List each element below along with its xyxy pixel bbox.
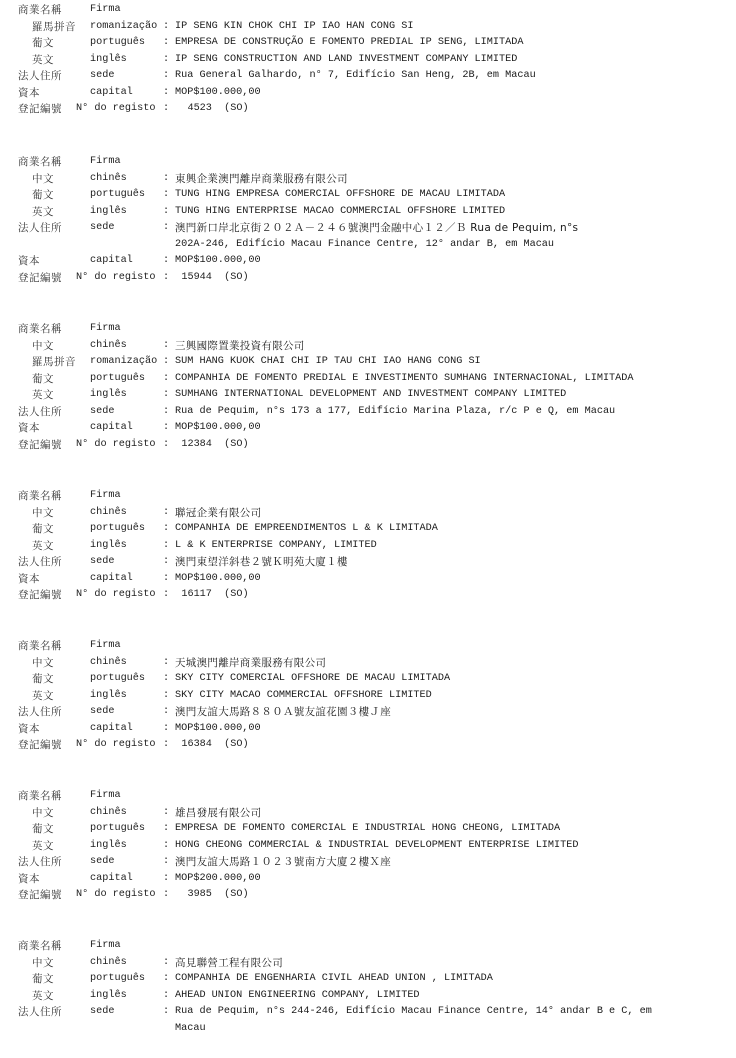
ingles-label-zh: 英文: [32, 52, 54, 69]
capital-label-zh: 資本: [18, 420, 40, 437]
romanizacao-label-pt: romanização: [90, 354, 157, 371]
firma-label-pt: Firma: [90, 788, 121, 805]
colon: :: [163, 19, 169, 36]
chines-label-zh: 中文: [32, 955, 54, 972]
sede-label-pt: sede: [90, 554, 114, 571]
chines-label-zh: 中文: [32, 505, 54, 522]
company-record-3: 商業名稱 Firma 中文 chinês : 三興國際置業投資有限公司 羅馬拼音…: [0, 321, 736, 453]
chines-label-pt: chinês: [90, 171, 127, 188]
colon: :: [163, 805, 169, 822]
portugues-label-pt: português: [90, 821, 145, 838]
company-record-7: 商業名稱 Firma 中文 chinês : 高見聯營工程有限公司 葡文 por…: [0, 938, 736, 1037]
portugues-label-pt: português: [90, 521, 145, 538]
registo-row: 登記編號 N° do registo : 16117 (SO): [0, 587, 736, 604]
ingles-value: AHEAD UNION ENGINEERING COMPANY, LIMITED: [175, 988, 420, 1005]
ingles-row: 英文 inglês : SKY CITY MACAO COMMERCIAL OF…: [0, 688, 736, 705]
romanizacao-row: 羅馬拼音 romanização : SUM HANG KUOK CHAI CH…: [0, 354, 736, 371]
registo-label-zh: 登記編號: [18, 887, 62, 904]
ingles-label-zh: 英文: [32, 538, 54, 555]
sede-label-pt: sede: [90, 220, 114, 237]
sede-value-continued: 202A-246, Edifício Macau Finance Centre,…: [175, 237, 554, 254]
colon: :: [163, 171, 169, 188]
portugues-label-zh: 葡文: [32, 671, 54, 688]
sede-value: 澳門東望洋斜巷２號Ｋ明苑大廈１樓: [175, 554, 348, 571]
firma-heading: 商業名稱 Firma: [0, 154, 736, 171]
capital-value: MOP$100.000,00: [175, 253, 261, 270]
portugues-label-pt: português: [90, 371, 145, 388]
registo-value: : 4523 (SO): [163, 101, 249, 118]
sede-label-pt: sede: [90, 854, 114, 871]
ingles-label-zh: 英文: [32, 204, 54, 221]
capital-label-zh: 資本: [18, 253, 40, 270]
chines-value: 高見聯營工程有限公司: [175, 955, 283, 972]
sede-value: 澳門新口岸北京街２０２Ａ－２４６號澳門金融中心１２／Ｂ Rua de Pequi…: [175, 220, 578, 237]
romanizacao-value: IP SENG KIN CHOK CHI IP IAO HAN CONG SI: [175, 19, 413, 36]
ingles-row: 英文 inglês : L & K ENTERPRISE COMPANY, LI…: [0, 538, 736, 555]
firma-label-pt: Firma: [90, 488, 121, 505]
colon: :: [163, 955, 169, 972]
capital-value: MOP$100.000,00: [175, 571, 261, 588]
firma-label-pt: Firma: [90, 154, 121, 171]
capital-value: MOP$200.000,00: [175, 871, 261, 888]
firma-heading: 商業名稱 Firma: [0, 938, 736, 955]
ingles-row: 英文 inglês : IP SENG CONSTRUCTION AND LAN…: [0, 52, 736, 69]
ingles-value: TUNG HING ENTERPRISE MACAO COMMERCIAL OF…: [175, 204, 505, 221]
portugues-value: COMPANHIA DE ENGENHARIA CIVIL AHEAD UNIO…: [175, 971, 493, 988]
capital-label-zh: 資本: [18, 571, 40, 588]
firma-label-pt: Firma: [90, 938, 121, 955]
capital-row: 資本 capital : MOP$200.000,00: [0, 871, 736, 888]
chines-label-zh: 中文: [32, 338, 54, 355]
portugues-label-pt: português: [90, 35, 145, 52]
capital-label-zh: 資本: [18, 871, 40, 888]
sede-label-pt: sede: [90, 704, 114, 721]
sede-continuation: 202A-246, Edifício Macau Finance Centre,…: [0, 237, 736, 254]
ingles-value: IP SENG CONSTRUCTION AND LAND INVESTMENT…: [175, 52, 517, 69]
ingles-label-zh: 英文: [32, 387, 54, 404]
colon: :: [163, 35, 169, 52]
registo-value: : 12384 (SO): [163, 437, 249, 454]
portugues-label-pt: português: [90, 187, 145, 204]
chines-label-pt: chinês: [90, 505, 127, 522]
registo-label-zh: 登記編號: [18, 587, 62, 604]
chines-label-pt: chinês: [90, 338, 127, 355]
capital-row: 資本 capital : MOP$100.000,00: [0, 420, 736, 437]
sede-value: Rua General Galhardo, n° 7, Edifício San…: [175, 68, 536, 85]
portugues-row: 葡文 português : COMPANHIA DE EMPREENDIMEN…: [0, 521, 736, 538]
ingles-label-pt: inglês: [90, 387, 127, 404]
portugues-label-zh: 葡文: [32, 35, 54, 52]
capital-label-zh: 資本: [18, 85, 40, 102]
chines-label-zh: 中文: [32, 805, 54, 822]
romanizacao-value: SUM HANG KUOK CHAI CHI IP TAU CHI IAO HA…: [175, 354, 481, 371]
registo-label-pt: N° do registo: [76, 437, 155, 454]
registo-label-pt: N° do registo: [76, 887, 155, 904]
portugues-label-zh: 葡文: [32, 371, 54, 388]
colon: :: [163, 988, 169, 1005]
portugues-value: SKY CITY COMERCIAL OFFSHORE DE MACAU LIM…: [175, 671, 450, 688]
chines-label-pt: chinês: [90, 655, 127, 672]
firma-heading: 商業名稱 Firma: [0, 2, 736, 19]
sede-label-pt: sede: [90, 1004, 114, 1021]
sede-row: 法人住所 sede : Rua General Galhardo, n° 7, …: [0, 68, 736, 85]
sede-value: 澳門友誼大馬路８８０Ａ號友誼花園３樓Ｊ座: [175, 704, 391, 721]
registo-row: 登記編號 N° do registo : 3985 (SO): [0, 887, 736, 904]
chines-value: 三興國際置業投資有限公司: [175, 338, 305, 355]
portugues-value: EMPRESA DE CONSTRUÇÃO E FOMENTO PREDIAL …: [175, 35, 523, 52]
ingles-label-pt: inglês: [90, 838, 127, 855]
colon: :: [163, 671, 169, 688]
capital-row: 資本 capital : MOP$100.000,00: [0, 571, 736, 588]
sede-label-zh: 法人住所: [18, 854, 62, 871]
registo-row: 登記編號 N° do registo : 4523 (SO): [0, 101, 736, 118]
registo-row: 登記編號 N° do registo : 16384 (SO): [0, 737, 736, 754]
company-record-4: 商業名稱 Firma 中文 chinês : 聯冠企業有限公司 葡文 portu…: [0, 488, 736, 604]
firma-label-zh: 商業名稱: [18, 321, 62, 338]
registo-label-pt: N° do registo: [76, 101, 155, 118]
company-record-6: 商業名稱 Firma 中文 chinês : 雄昌發展有限公司 葡文 portu…: [0, 788, 736, 904]
portugues-value: COMPANHIA DE FOMENTO PREDIAL E INVESTIME…: [175, 371, 634, 388]
ingles-row: 英文 inglês : AHEAD UNION ENGINEERING COMP…: [0, 988, 736, 1005]
ingles-label-pt: inglês: [90, 52, 127, 69]
colon: :: [163, 505, 169, 522]
firma-heading: 商業名稱 Firma: [0, 638, 736, 655]
colon: :: [163, 354, 169, 371]
colon: :: [163, 571, 169, 588]
registo-label-zh: 登記編號: [18, 101, 62, 118]
registo-label-zh: 登記編號: [18, 437, 62, 454]
portugues-label-zh: 葡文: [32, 521, 54, 538]
chines-row: 中文 chinês : 高見聯營工程有限公司: [0, 955, 736, 972]
capital-row: 資本 capital : MOP$100.000,00: [0, 85, 736, 102]
colon: :: [163, 1004, 169, 1021]
firma-label-pt: Firma: [90, 321, 121, 338]
registo-value: : 16384 (SO): [163, 737, 249, 754]
portugues-row: 葡文 português : SKY CITY COMERCIAL OFFSHO…: [0, 671, 736, 688]
capital-label-pt: capital: [90, 871, 133, 888]
registo-value: : 16117 (SO): [163, 587, 249, 604]
firma-label-pt: Firma: [90, 638, 121, 655]
capital-label-pt: capital: [90, 571, 133, 588]
firma-label-zh: 商業名稱: [18, 788, 62, 805]
romanizacao-label-pt: romanização: [90, 19, 157, 36]
colon: :: [163, 704, 169, 721]
ingles-label-zh: 英文: [32, 838, 54, 855]
sede-row: 法人住所 sede : Rua de Pequim, n°s 173 a 177…: [0, 404, 736, 421]
registo-label-pt: N° do registo: [76, 587, 155, 604]
company-record-2: 商業名稱 Firma 中文 chinês : 東興企業澳門離岸商業服務有限公司 …: [0, 154, 736, 286]
romanizacao-row: 羅馬拼音 romanização : IP SENG KIN CHOK CHI …: [0, 19, 736, 36]
colon: :: [163, 971, 169, 988]
firma-label-zh: 商業名稱: [18, 488, 62, 505]
colon: :: [163, 655, 169, 672]
colon: :: [163, 538, 169, 555]
chines-row: 中文 chinês : 天城澳門離岸商業服務有限公司: [0, 655, 736, 672]
colon: :: [163, 721, 169, 738]
firma-heading: 商業名稱 Firma: [0, 488, 736, 505]
capital-label-pt: capital: [90, 85, 133, 102]
sede-label-zh: 法人住所: [18, 404, 62, 421]
colon: :: [163, 554, 169, 571]
romanizacao-label-zh: 羅馬拼音: [32, 354, 76, 371]
chines-row: 中文 chinês : 三興國際置業投資有限公司: [0, 338, 736, 355]
ingles-value: L & K ENTERPRISE COMPANY, LIMITED: [175, 538, 377, 555]
colon: :: [163, 52, 169, 69]
portugues-value: COMPANHIA DE EMPREENDIMENTOS L & K LIMIT…: [175, 521, 438, 538]
sede-row: 法人住所 sede : Rua de Pequim, n°s 244-246, …: [0, 1004, 736, 1021]
colon: :: [163, 404, 169, 421]
colon: :: [163, 85, 169, 102]
colon: :: [163, 420, 169, 437]
firma-label-zh: 商業名稱: [18, 638, 62, 655]
ingles-label-pt: inglês: [90, 538, 127, 555]
portugues-row: 葡文 português : TUNG HING EMPRESA COMERCI…: [0, 187, 736, 204]
sede-continuation: Macau: [0, 1021, 736, 1038]
colon: :: [163, 871, 169, 888]
sede-value: Rua de Pequim, n°s 244-246, Edifício Mac…: [175, 1004, 652, 1021]
portugues-row: 葡文 português : COMPANHIA DE FOMENTO PRED…: [0, 371, 736, 388]
colon: :: [163, 371, 169, 388]
capital-label-pt: capital: [90, 420, 133, 437]
sede-value-continued: Macau: [175, 1021, 206, 1038]
sede-value: Rua de Pequim, n°s 173 a 177, Edifício M…: [175, 404, 615, 421]
ingles-label-zh: 英文: [32, 988, 54, 1005]
portugues-value: TUNG HING EMPRESA COMERCIAL OFFSHORE DE …: [175, 187, 505, 204]
chines-value: 雄昌發展有限公司: [175, 805, 261, 822]
registo-label-pt: N° do registo: [76, 737, 155, 754]
ingles-row: 英文 inglês : SUMHANG INTERNATIONAL DEVELO…: [0, 387, 736, 404]
colon: :: [163, 387, 169, 404]
company-record-1: 商業名稱 Firma 羅馬拼音 romanização : IP SENG KI…: [0, 2, 736, 118]
capital-value: MOP$100.000,00: [175, 85, 261, 102]
portugues-label-zh: 葡文: [32, 821, 54, 838]
capital-label-pt: capital: [90, 721, 133, 738]
registo-row: 登記編號 N° do registo : 12384 (SO): [0, 437, 736, 454]
portugues-row: 葡文 português : EMPRESA DE FOMENTO COMERC…: [0, 821, 736, 838]
colon: :: [163, 68, 169, 85]
ingles-value: SKY CITY MACAO COMMERCIAL OFFSHORE LIMIT…: [175, 688, 432, 705]
sede-label-zh: 法人住所: [18, 554, 62, 571]
sede-value: 澳門友誼大馬路１０２３號南方大廈２樓Ｘ座: [175, 854, 391, 871]
colon: :: [163, 821, 169, 838]
chines-row: 中文 chinês : 聯冠企業有限公司: [0, 505, 736, 522]
colon: :: [163, 220, 169, 237]
ingles-label-pt: inglês: [90, 988, 127, 1005]
portugues-label-zh: 葡文: [32, 971, 54, 988]
firma-label-pt: Firma: [90, 2, 121, 19]
romanizacao-label-zh: 羅馬拼音: [32, 19, 76, 36]
sede-label-zh: 法人住所: [18, 220, 62, 237]
ingles-value: HONG CHEONG COMMERCIAL & INDUSTRIAL DEVE…: [175, 838, 579, 855]
portugues-label-pt: português: [90, 971, 145, 988]
firma-label-zh: 商業名稱: [18, 938, 62, 955]
chines-label-pt: chinês: [90, 805, 127, 822]
registo-value: : 15944 (SO): [163, 270, 249, 287]
ingles-row: 英文 inglês : HONG CHEONG COMMERCIAL & IND…: [0, 838, 736, 855]
chines-value: 天城澳門離岸商業服務有限公司: [175, 655, 326, 672]
chines-row: 中文 chinês : 東興企業澳門離岸商業服務有限公司: [0, 171, 736, 188]
colon: :: [163, 204, 169, 221]
registo-label-zh: 登記編號: [18, 737, 62, 754]
ingles-label-pt: inglês: [90, 688, 127, 705]
colon: :: [163, 688, 169, 705]
ingles-value: SUMHANG INTERNATIONAL DEVELOPMENT AND IN…: [175, 387, 566, 404]
chines-label-pt: chinês: [90, 955, 127, 972]
chines-label-zh: 中文: [32, 655, 54, 672]
sede-label-zh: 法人住所: [18, 68, 62, 85]
capital-label-zh: 資本: [18, 721, 40, 738]
ingles-label-zh: 英文: [32, 688, 54, 705]
sede-label-zh: 法人住所: [18, 1004, 62, 1021]
capital-row: 資本 capital : MOP$100.000,00: [0, 721, 736, 738]
capital-row: 資本 capital : MOP$100.000,00: [0, 253, 736, 270]
ingles-label-pt: inglês: [90, 204, 127, 221]
sede-label-zh: 法人住所: [18, 704, 62, 721]
registo-label-zh: 登記編號: [18, 270, 62, 287]
portugues-value: EMPRESA DE FOMENTO COMERCIAL E INDUSTRIA…: [175, 821, 560, 838]
colon: :: [163, 838, 169, 855]
firma-heading: 商業名稱 Firma: [0, 788, 736, 805]
chines-value: 東興企業澳門離岸商業服務有限公司: [175, 171, 348, 188]
sede-row: 法人住所 sede : 澳門新口岸北京街２０２Ａ－２４６號澳門金融中心１２／Ｂ …: [0, 220, 736, 237]
registo-row: 登記編號 N° do registo : 15944 (SO): [0, 270, 736, 287]
portugues-label-pt: português: [90, 671, 145, 688]
company-record-5: 商業名稱 Firma 中文 chinês : 天城澳門離岸商業服務有限公司 葡文…: [0, 638, 736, 754]
chines-row: 中文 chinês : 雄昌發展有限公司: [0, 805, 736, 822]
capital-value: MOP$100.000,00: [175, 420, 261, 437]
colon: :: [163, 521, 169, 538]
portugues-row: 葡文 português : COMPANHIA DE ENGENHARIA C…: [0, 971, 736, 988]
capital-value: MOP$100.000,00: [175, 721, 261, 738]
chines-value: 聯冠企業有限公司: [175, 505, 261, 522]
colon: :: [163, 253, 169, 270]
portugues-row: 葡文 português : EMPRESA DE CONSTRUÇÃO E F…: [0, 35, 736, 52]
colon: :: [163, 854, 169, 871]
sede-row: 法人住所 sede : 澳門友誼大馬路８８０Ａ號友誼花園３樓Ｊ座: [0, 704, 736, 721]
firma-label-zh: 商業名稱: [18, 154, 62, 171]
chines-label-zh: 中文: [32, 171, 54, 188]
sede-row: 法人住所 sede : 澳門東望洋斜巷２號Ｋ明苑大廈１樓: [0, 554, 736, 571]
ingles-row: 英文 inglês : TUNG HING ENTERPRISE MACAO C…: [0, 204, 736, 221]
firma-heading: 商業名稱 Firma: [0, 321, 736, 338]
capital-label-pt: capital: [90, 253, 133, 270]
registo-value: : 3985 (SO): [163, 887, 249, 904]
colon: :: [163, 187, 169, 204]
firma-label-zh: 商業名稱: [18, 2, 62, 19]
sede-row: 法人住所 sede : 澳門友誼大馬路１０２３號南方大廈２樓Ｘ座: [0, 854, 736, 871]
portugues-label-zh: 葡文: [32, 187, 54, 204]
sede-label-pt: sede: [90, 68, 114, 85]
registo-label-pt: N° do registo: [76, 270, 155, 287]
sede-label-pt: sede: [90, 404, 114, 421]
colon: :: [163, 338, 169, 355]
